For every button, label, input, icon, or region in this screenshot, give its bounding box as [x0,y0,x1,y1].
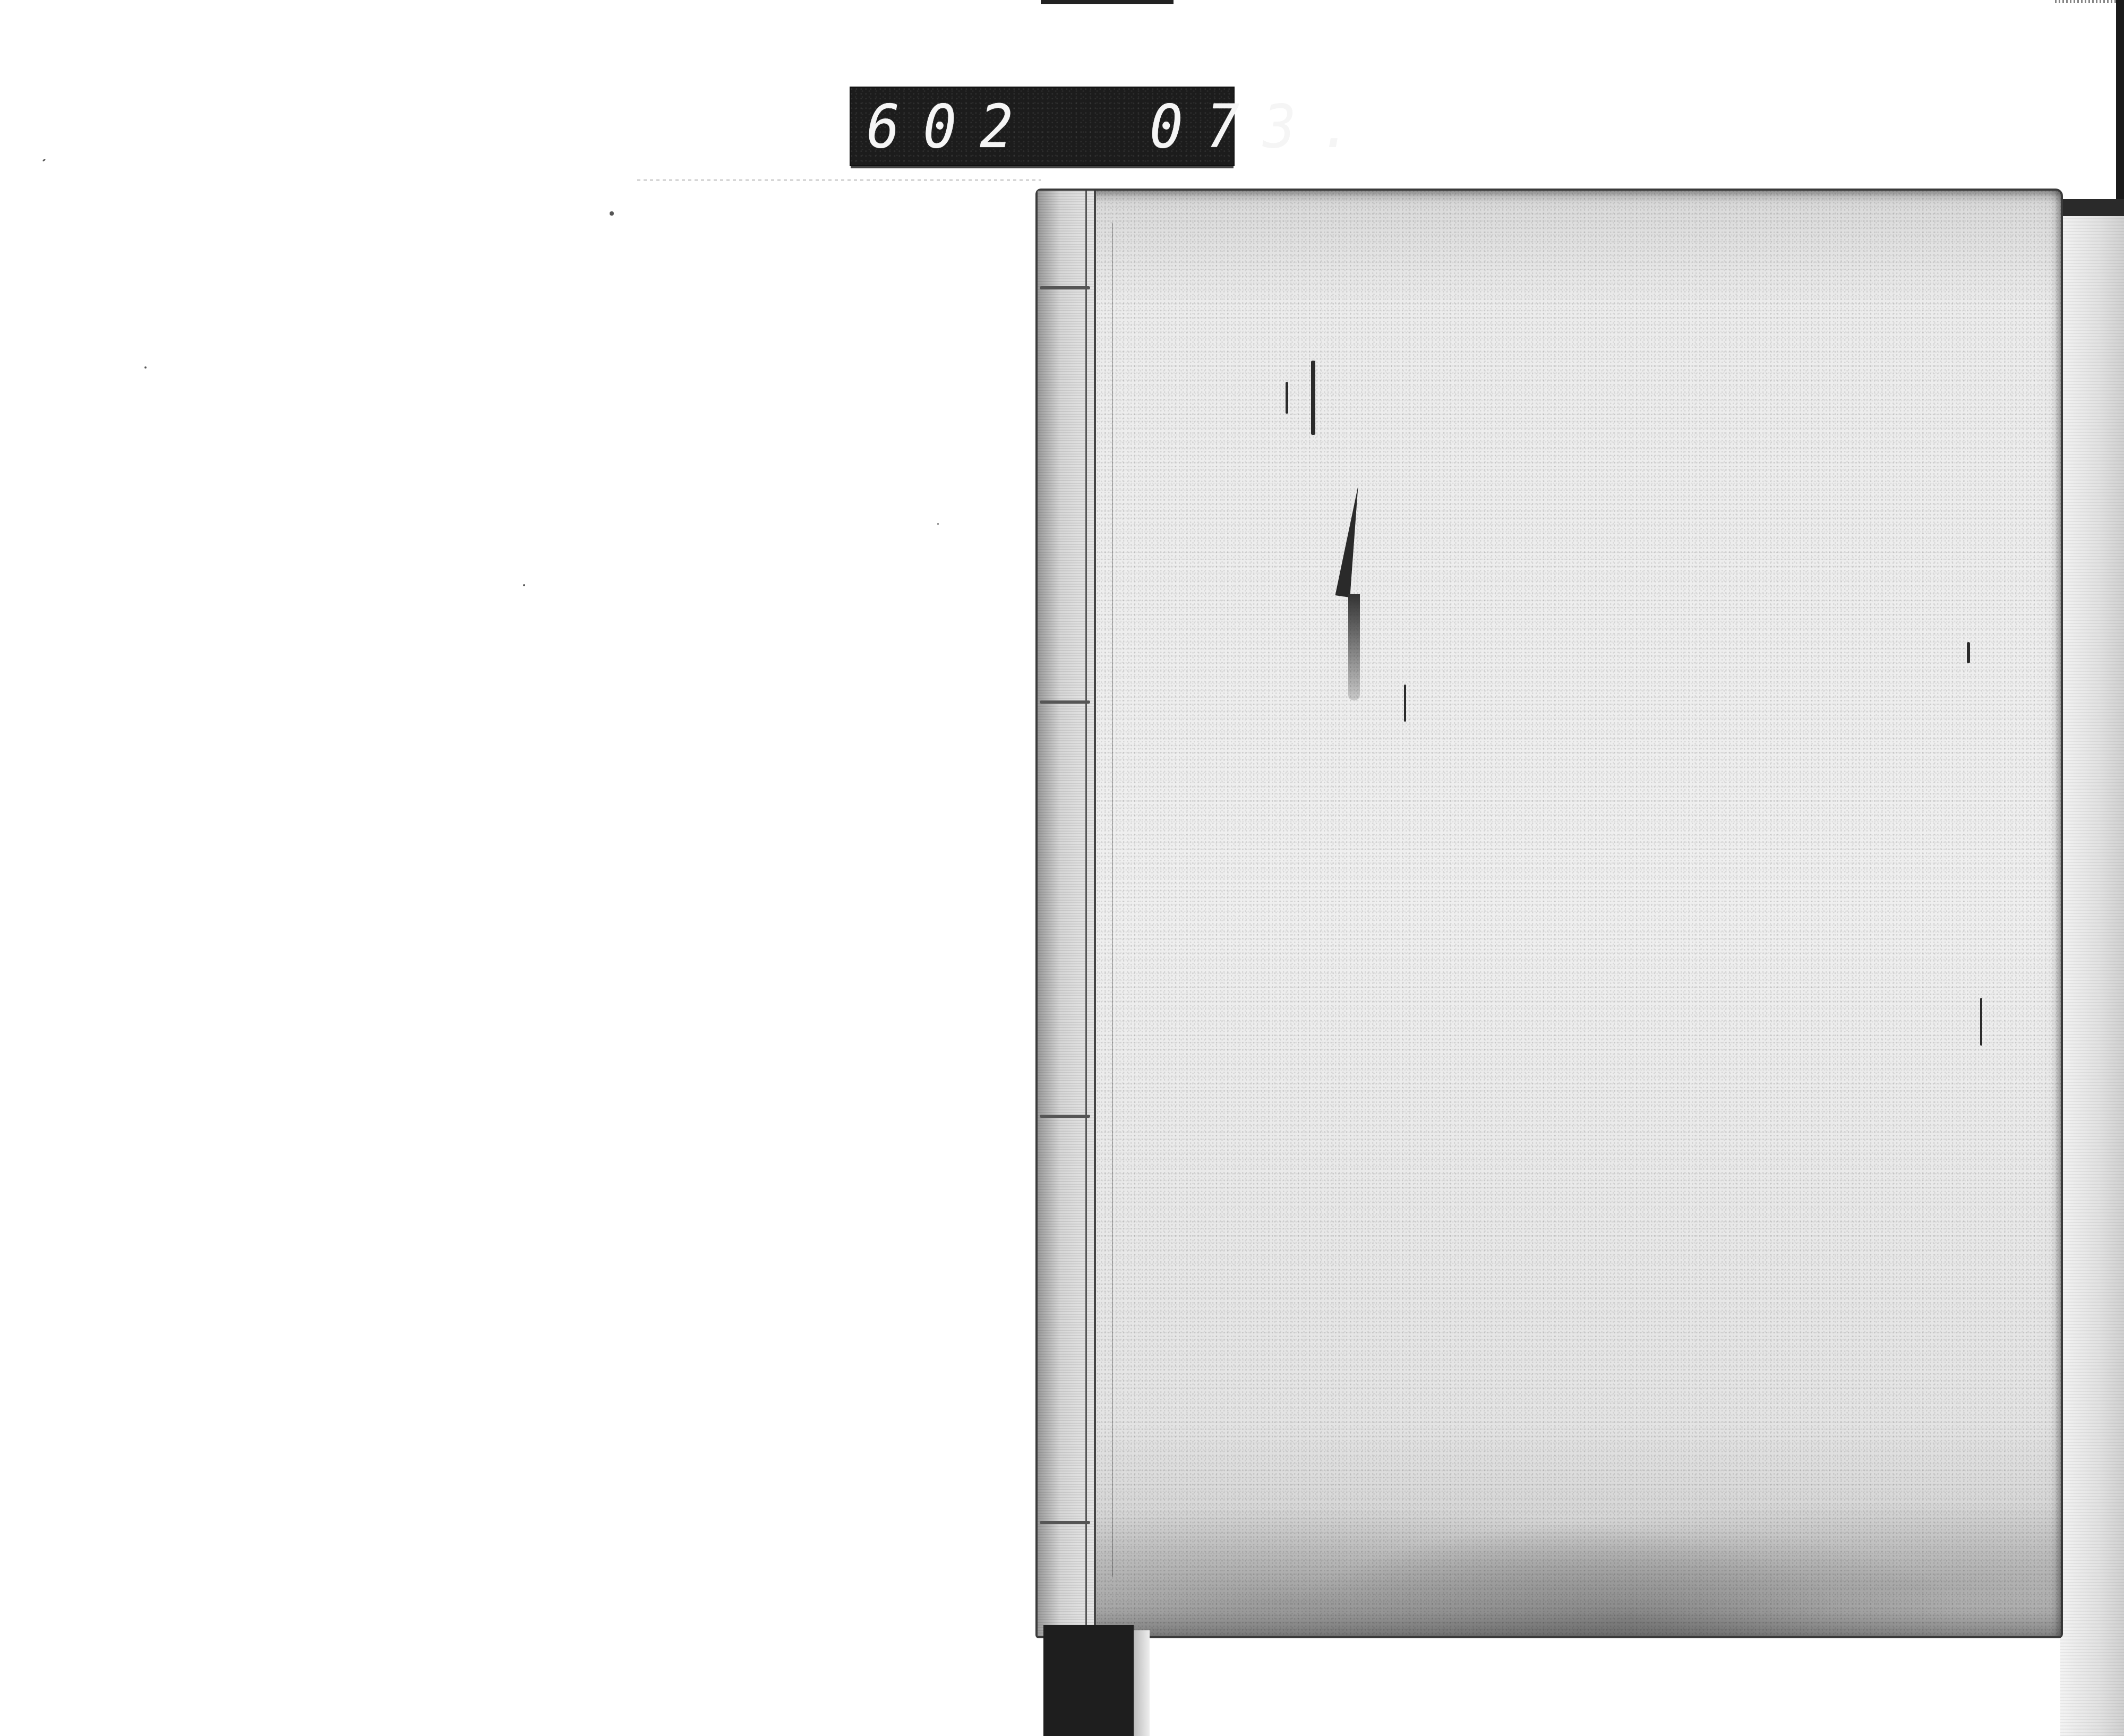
cover-grime [1096,1466,2062,1636]
binding-stitch [1040,1521,1090,1524]
scanner-edge-tab [2058,199,2124,216]
ink-drip-stain-tail [1348,594,1360,700]
binding-stitch [1040,1115,1090,1118]
scan-guide-line [637,179,1041,181]
spine-fold-line [1085,191,1087,1636]
scan-speck [42,159,46,162]
book-spine [1038,191,1096,1636]
scan-speck [937,523,939,525]
scan-speck [523,584,525,586]
binding-stitch [1040,700,1090,704]
scan-edge-artifact [1041,0,1174,4]
scanner-edge [2116,0,2124,202]
pen-mark [1404,685,1406,722]
pen-mark [1286,382,1288,414]
accession-label: 602 073. [850,87,1235,166]
page-edge-strip [1134,1630,1150,1736]
pen-mark [1967,642,1970,663]
scan-speck [610,211,614,216]
binding-stitch [1040,286,1090,289]
scanner-bed-shadow [1043,1625,1134,1736]
pen-mark [1311,361,1315,435]
adjacent-page-edge [2060,216,2124,1736]
scan-speck [144,366,147,369]
accession-number: 602 073. [867,91,1376,161]
scan-edge-artifact [2055,0,2124,3]
ink-drip-stain [1335,485,1366,597]
pen-mark [1980,998,1982,1046]
book-cover [1035,189,2063,1638]
cover-margin-line [1112,223,1113,1577]
